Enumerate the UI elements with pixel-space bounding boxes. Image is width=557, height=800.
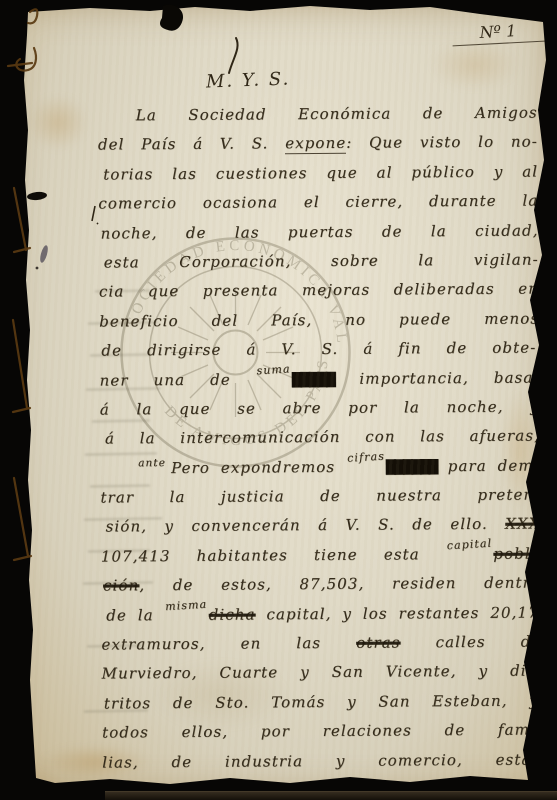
svg-text:DE AMIGOS DEL PAIS: DE AMIGOS DEL PAIS [161, 356, 332, 449]
manuscript-text-segment: trar la justicia de nuestra preten- [100, 486, 540, 507]
manuscript-line: ción, de estos, 87,503, residen dentro [103, 569, 541, 601]
manuscript-line: de la mismadicha capital, y los restante… [106, 598, 541, 630]
manuscript-text-segment: calles de [400, 632, 541, 651]
manuscript-text-segment: capital, y los restantes 20,170, [256, 603, 556, 623]
showthrough-mark [88, 321, 158, 324]
manuscript-text-segment: pobla [493, 544, 541, 562]
manuscript-line: noche, de las puertas de la ciudad, [100, 216, 538, 248]
manuscript-line: sión, y convencerán á V. S. de ello. XXX [106, 510, 541, 542]
stain [430, 40, 520, 90]
salutation-heading: M. Y. S. [206, 69, 291, 93]
sun-rays-icon [171, 288, 300, 417]
manuscript-text-segment: Pero expondremos [171, 458, 346, 477]
showthrough-mark [84, 709, 148, 712]
manuscript-line: lias, de industria y comercio, están [102, 745, 542, 777]
manuscript-text-segment: á la intercomunicación con las afueras, [105, 427, 540, 448]
manuscript-text-segment: torias las cuestiones que al público y a… [103, 162, 538, 183]
manuscript-lines: La Sociedad Económica de Amigosdel País … [98, 98, 543, 777]
manuscript-text-segment: importancia, basa- [334, 368, 539, 387]
manuscript-text-segment: otras [356, 633, 400, 651]
manuscript-line: antePero expondremos cifras██████ para d… [102, 451, 540, 483]
manuscript-line: torias las cuestiones que al público y a… [103, 157, 538, 189]
manuscript-text-segment: tritos de Sto. Tomás y San Esteban, y [104, 691, 539, 712]
manuscript-text-segment: , de estos, 87,503, residen dentro [139, 574, 541, 595]
manuscript-text-segment: noche, de las puertas de la ciudad, [101, 221, 539, 242]
paper-sheet: SOCIEDAD ECONOMICA VALENCIANA DE AMIGOS … [0, 0, 557, 800]
manuscript-text-segment: de dirigirse á V. S. á fin de obte- [101, 339, 536, 360]
manuscript-text-segment: ción [103, 577, 139, 595]
manuscript-text-segment: del País á V. S. [98, 135, 285, 154]
manuscript-text-segment: 107,413 habitantes tiene esta [101, 545, 446, 565]
showthrough-mark [90, 484, 150, 487]
manuscript-text-segment: ner una de [100, 370, 256, 389]
showthrough-mark [95, 290, 150, 293]
manuscript-text-segment: á la que se abre por la noche, y [100, 397, 540, 418]
manuscript-line: ner una de suma█████ importancia, basa- [99, 363, 539, 395]
manuscript-text-segment: XXX [505, 515, 540, 533]
page-number: Nº 1 [451, 20, 544, 47]
next-page-edge [105, 791, 557, 800]
manuscript-line: cia que presenta mejoras deliberadas en [99, 275, 539, 307]
manuscript-line: extramuros, en las otras calles de [101, 627, 541, 659]
scanned-page: SOCIEDAD ECONOMICA VALENCIANA DE AMIGOS … [0, 0, 557, 800]
showthrough-mark [90, 353, 150, 356]
showthrough-mark [92, 419, 150, 422]
manuscript-line: trar la justicia de nuestra preten- [100, 481, 540, 513]
manuscript-text-segment: sión, y convencerán á V. S. de ello. [106, 515, 506, 536]
seal-stamp: SOCIEDAD ECONOMICA VALENCIANA DE AMIGOS … [113, 230, 358, 475]
manuscript-text-segment: Murviedro, Cuarte y San Vicente, y dis- [102, 662, 542, 683]
manuscript-line: del País á V. S. expone: Que visto lo no… [98, 128, 538, 160]
manuscript-line: tritos de Sto. Tomás y San Esteban, y [104, 686, 539, 718]
manuscript-line: todos ellos, por relaciones de fami- [102, 716, 542, 748]
manuscript-text-segment: misma [165, 589, 209, 621]
showthrough-mark [87, 645, 142, 648]
manuscript-text-segment: █████ [292, 372, 335, 387]
manuscript-text-segment: lias, de industria y comercio, están [102, 750, 542, 771]
stain [28, 95, 88, 150]
manuscript-text-segment: cifras [346, 441, 385, 473]
manuscript-text-segment: de la [106, 606, 164, 624]
manuscript-text-segment: comercio ocasiona el cierre, durante la [98, 192, 538, 213]
manuscript-line: esta Corporación, sobre la vigilan- [104, 245, 539, 277]
manuscript-text-segment: ██████ [386, 460, 437, 475]
manuscript-text-segment: beneficio del País, no puede menos [99, 309, 539, 330]
manuscript-text-segment: todos ellos, por relaciones de fami- [102, 721, 542, 742]
manuscript-text-segment: extramuros, en las [101, 634, 356, 654]
manuscript-text-segment: dicha [209, 605, 256, 623]
stamp-arc-bottom-text: DE AMIGOS DEL PAIS [161, 356, 332, 449]
manuscript-text-segment: para demos- [437, 456, 557, 475]
stain [500, 390, 540, 510]
manuscript-line: de dirigirse á V. S. á fin de obte- [101, 334, 536, 366]
manuscript-line: comercio ocasiona el cierre, durante la [98, 187, 538, 219]
manuscript-text-segment: cia que presenta mejoras deliberadas en [99, 280, 539, 301]
showthrough-mark [88, 549, 150, 552]
manuscript-text-segment: suma [256, 354, 292, 385]
stamp-arc-top-text: SOCIEDAD ECONOMICA VALENCIANA [113, 230, 350, 347]
manuscript-text-segment: expone [285, 134, 346, 154]
manuscript-line: Murviedro, Cuarte y San Vicente, y dis- [102, 657, 542, 689]
manuscript-line: á la que se abre por la noche, y [100, 392, 540, 424]
manuscript-text-segment: : Que visto lo no- [346, 133, 538, 152]
stain [150, 660, 290, 730]
manuscript-line: 107,413 habitantes tiene esta capitalpob… [101, 539, 541, 571]
manuscript-text-segment: capital [446, 528, 493, 560]
manuscript-text-segment: La Sociedad Económica de Amigos [136, 103, 538, 124]
showthrough-mark [84, 517, 162, 520]
manuscript-text-segment: esta Corporación, sobre la vigilan- [104, 250, 539, 271]
showthrough-mark [83, 581, 153, 584]
manuscript-line: á la intercomunicación con las afueras, [105, 422, 540, 454]
manuscript-text-segment: ante [138, 449, 166, 479]
manuscript-line: beneficio del País, no puede menos [99, 304, 539, 336]
stain [40, 745, 150, 779]
showthrough-mark [86, 387, 161, 390]
manuscript-line: La Sociedad Económica de Amigos [100, 98, 538, 130]
showthrough-mark [85, 452, 157, 455]
svg-text:SOCIEDAD ECONOMICA VALENCIANA: SOCIEDAD ECONOMICA VALENCIANA [113, 230, 350, 347]
